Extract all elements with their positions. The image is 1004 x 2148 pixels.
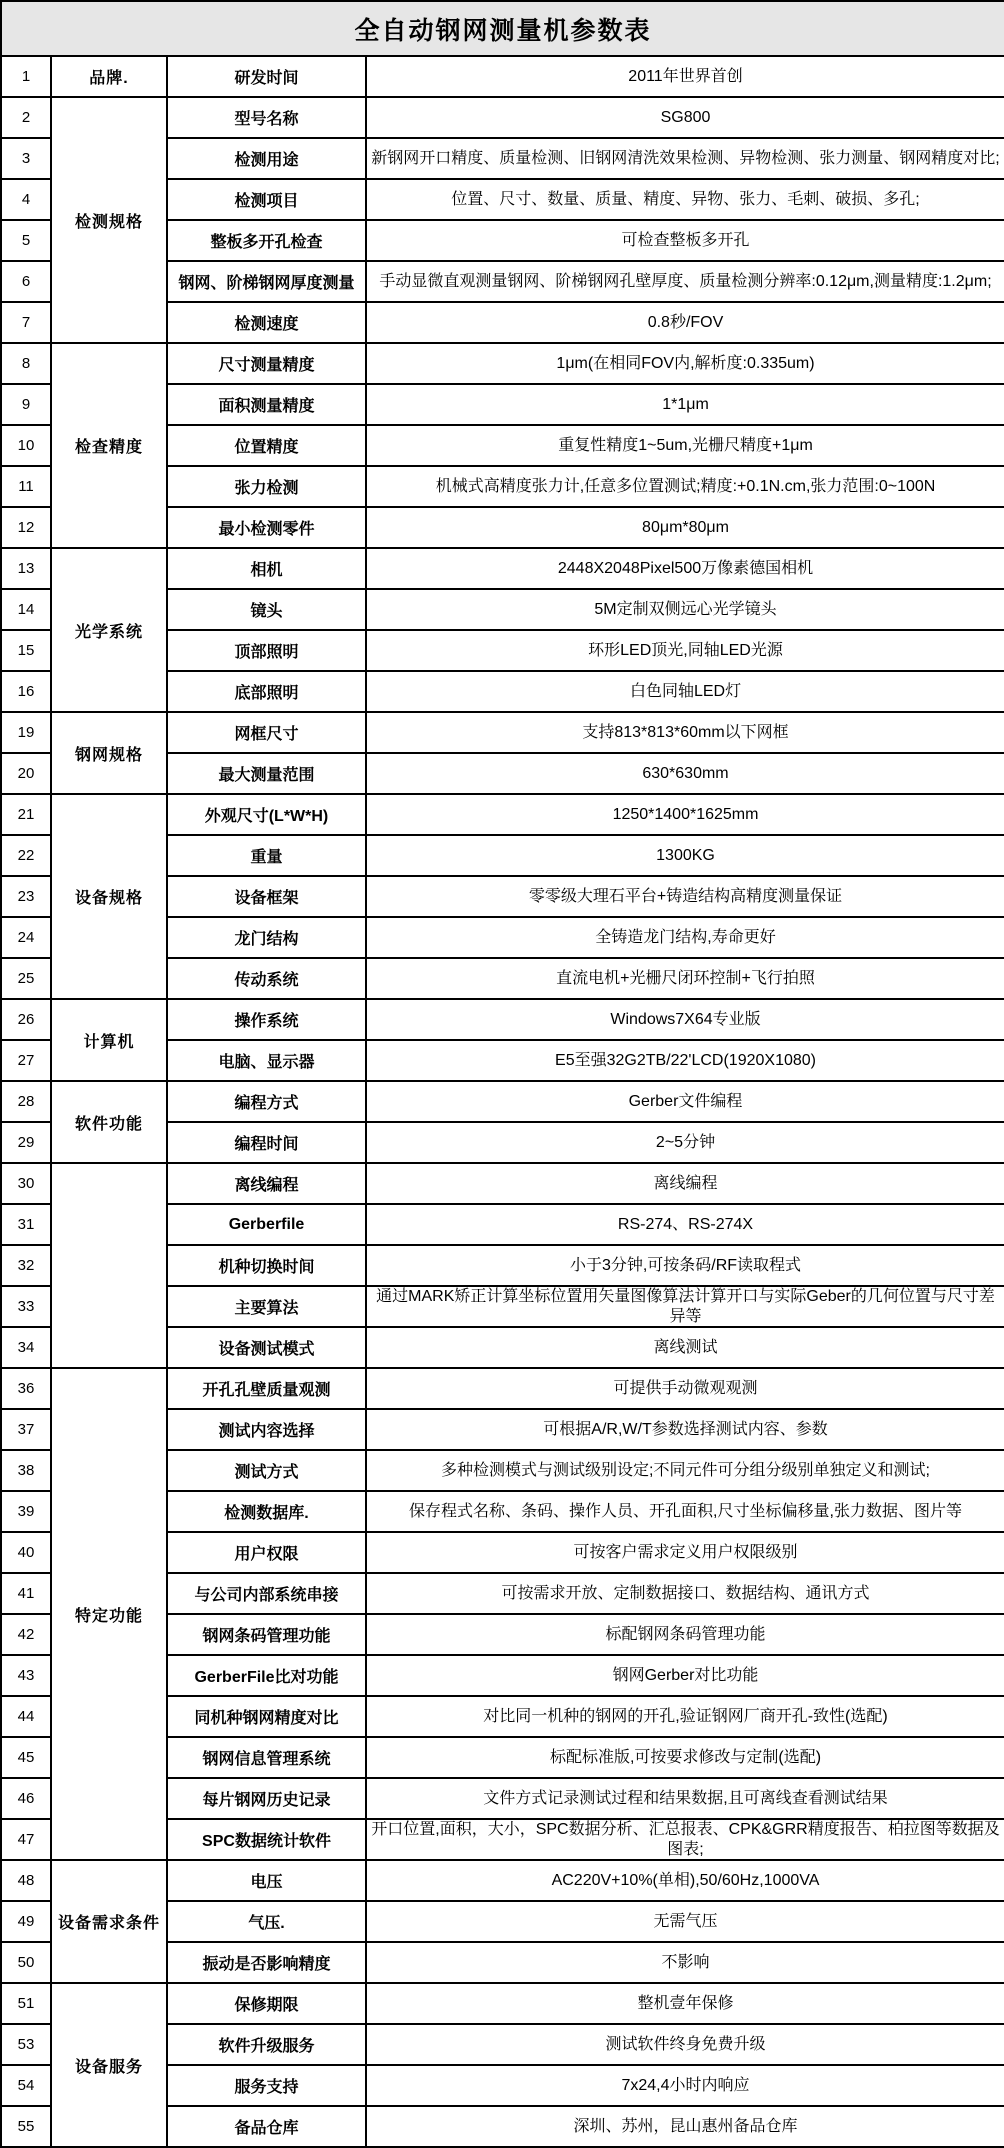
- row-number-cell: 11: [1, 466, 51, 507]
- param-cell: GerberFile比对功能: [167, 1655, 366, 1696]
- value-cell: 标配钢网条码管理功能: [366, 1614, 1004, 1655]
- row-number-cell: 20: [1, 753, 51, 794]
- table-row: 51设备服务保修期限整机壹年保修: [1, 1983, 1004, 2024]
- param-cell: 开孔孔壁质量观测: [167, 1368, 366, 1409]
- value-cell: 630*630mm: [366, 753, 1004, 794]
- group-cell: 检测规格: [51, 97, 167, 343]
- row-number-cell: 37: [1, 1409, 51, 1450]
- title-row: 全自动钢网测量机参数表: [1, 1, 1004, 56]
- group-cell: 品牌.: [51, 56, 167, 97]
- value-cell: 1μm(在相同FOV内,解析度:0.335um): [366, 343, 1004, 384]
- value-cell: 标配标准版,可按要求修改与定制(选配): [366, 1737, 1004, 1778]
- param-cell: 振动是否影响精度: [167, 1942, 366, 1983]
- value-cell: 支持813*813*60mm以下网框: [366, 712, 1004, 753]
- row-number-cell: 43: [1, 1655, 51, 1696]
- row-number-cell: 14: [1, 589, 51, 630]
- table-row: 28软件功能编程方式Gerber文件编程: [1, 1081, 1004, 1122]
- param-cell: 设备测试模式: [167, 1327, 366, 1368]
- value-cell: 可提供手动微观观测: [366, 1368, 1004, 1409]
- value-cell: 2~5分钟: [366, 1122, 1004, 1163]
- value-cell: 开口位置,面积，大小，SPC数据分析、汇总报表、CPK&GRR精度报告、柏拉图等…: [366, 1819, 1004, 1860]
- row-number-cell: 26: [1, 999, 51, 1040]
- group-cell: 光学系统: [51, 548, 167, 712]
- row-number-cell: 53: [1, 2024, 51, 2065]
- row-number-cell: 5: [1, 220, 51, 261]
- param-cell: 传动系统: [167, 958, 366, 999]
- value-cell: 对比同一机种的钢网的开孔,验证钢网厂商开孔-致性(选配): [366, 1696, 1004, 1737]
- row-number-cell: 45: [1, 1737, 51, 1778]
- table-row: 21设备规格外观尺寸(L*W*H)1250*1400*1625mm: [1, 794, 1004, 835]
- param-cell: 型号名称: [167, 97, 366, 138]
- spec-table: 全自动钢网测量机参数表 1品牌.研发时间2011年世界首创2检测规格型号名称SG…: [0, 0, 1004, 2148]
- group-cell: 钢网规格: [51, 712, 167, 794]
- group-cell: 设备服务: [51, 1983, 167, 2147]
- value-cell: 位置、尺寸、数量、质量、精度、异物、张力、毛刺、破损、多孔;: [366, 179, 1004, 220]
- value-cell: 手动显微直观测量钢网、阶梯钢网孔壁厚度、质量检测分辨率:0.12μm,测量精度:…: [366, 261, 1004, 302]
- value-cell: 7x24,4小时内响应: [366, 2065, 1004, 2106]
- row-number-cell: 25: [1, 958, 51, 999]
- param-cell: 检测用途: [167, 138, 366, 179]
- value-cell: 重复性精度1~5um,光栅尺精度+1μm: [366, 425, 1004, 466]
- group-cell: [51, 1163, 167, 1368]
- value-cell: 可按需求开放、定制数据接口、数据结构、通讯方式: [366, 1573, 1004, 1614]
- param-cell: 位置精度: [167, 425, 366, 466]
- value-cell: E5至强32G2TB/22'LCD(1920X1080): [366, 1040, 1004, 1081]
- param-cell: 设备框架: [167, 876, 366, 917]
- param-cell: 龙门结构: [167, 917, 366, 958]
- row-number-cell: 28: [1, 1081, 51, 1122]
- row-number-cell: 39: [1, 1491, 51, 1532]
- row-number-cell: 36: [1, 1368, 51, 1409]
- table-row: 26计算机操作系统Windows7X64专业版: [1, 999, 1004, 1040]
- param-cell: 最大测量范围: [167, 753, 366, 794]
- row-number-cell: 47: [1, 1819, 51, 1860]
- param-cell: 同机种钢网精度对比: [167, 1696, 366, 1737]
- row-number-cell: 16: [1, 671, 51, 712]
- table-row: 8检查精度尺寸测量精度1μm(在相同FOV内,解析度:0.335um): [1, 343, 1004, 384]
- value-cell: 钢网Gerber对比功能: [366, 1655, 1004, 1696]
- param-cell: SPC数据统计软件: [167, 1819, 366, 1860]
- param-cell: 软件升级服务: [167, 2024, 366, 2065]
- row-number-cell: 33: [1, 1286, 51, 1327]
- row-number-cell: 48: [1, 1860, 51, 1901]
- value-cell: 可按客户需求定义用户权限级别: [366, 1532, 1004, 1573]
- value-cell: 不影响: [366, 1942, 1004, 1983]
- table-row: 1品牌.研发时间2011年世界首创: [1, 56, 1004, 97]
- row-number-cell: 40: [1, 1532, 51, 1573]
- row-number-cell: 1: [1, 56, 51, 97]
- row-number-cell: 3: [1, 138, 51, 179]
- param-cell: 检测速度: [167, 302, 366, 343]
- row-number-cell: 23: [1, 876, 51, 917]
- row-number-cell: 31: [1, 1204, 51, 1245]
- value-cell: AC220V+10%(单相),50/60Hz,1000VA: [366, 1860, 1004, 1901]
- param-cell: 电脑、显示器: [167, 1040, 366, 1081]
- value-cell: 整机壹年保修: [366, 1983, 1004, 2024]
- row-number-cell: 49: [1, 1901, 51, 1942]
- value-cell: 0.8秒/FOV: [366, 302, 1004, 343]
- value-cell: 通过MARK矫正计算坐标位置用矢量图像算法计算开口与实际Geber的几何位置与尺…: [366, 1286, 1004, 1327]
- param-cell: 钢网信息管理系统: [167, 1737, 366, 1778]
- table-row: 48设备需求条件电压AC220V+10%(单相),50/60Hz,1000VA: [1, 1860, 1004, 1901]
- param-cell: 钢网、阶梯钢网厚度测量: [167, 261, 366, 302]
- value-cell: SG800: [366, 97, 1004, 138]
- value-cell: 无需气压: [366, 1901, 1004, 1942]
- value-cell: 直流电机+光栅尺闭环控制+飞行拍照: [366, 958, 1004, 999]
- group-cell: 设备需求条件: [51, 1860, 167, 1983]
- param-cell: 编程时间: [167, 1122, 366, 1163]
- value-cell: RS-274、RS-274X: [366, 1204, 1004, 1245]
- table-row: 30离线编程离线编程: [1, 1163, 1004, 1204]
- param-cell: 尺寸测量精度: [167, 343, 366, 384]
- param-cell: Gerberfile: [167, 1204, 366, 1245]
- row-number-cell: 51: [1, 1983, 51, 2024]
- param-cell: 整板多开孔检查: [167, 220, 366, 261]
- row-number-cell: 22: [1, 835, 51, 876]
- row-number-cell: 10: [1, 425, 51, 466]
- param-cell: 顶部照明: [167, 630, 366, 671]
- param-cell: 最小检测零件: [167, 507, 366, 548]
- value-cell: 保存程式名称、条码、操作人员、开孔面积,尺寸坐标偏移量,张力数据、图片等: [366, 1491, 1004, 1532]
- table-row: 2检测规格型号名称SG800: [1, 97, 1004, 138]
- page-title: 全自动钢网测量机参数表: [1, 1, 1004, 56]
- value-cell: 可根据A/R,W/T参数选择测试内容、参数: [366, 1409, 1004, 1450]
- value-cell: 白色同轴LED灯: [366, 671, 1004, 712]
- param-cell: 相机: [167, 548, 366, 589]
- row-number-cell: 44: [1, 1696, 51, 1737]
- param-cell: 服务支持: [167, 2065, 366, 2106]
- row-number-cell: 38: [1, 1450, 51, 1491]
- row-number-cell: 19: [1, 712, 51, 753]
- group-cell: 检查精度: [51, 343, 167, 548]
- value-cell: 文件方式记录测试过程和结果数据,且可离线查看测试结果: [366, 1778, 1004, 1819]
- value-cell: 2448X2048Pixel500万像素德国相机: [366, 548, 1004, 589]
- param-cell: 保修期限: [167, 1983, 366, 2024]
- row-number-cell: 24: [1, 917, 51, 958]
- row-number-cell: 8: [1, 343, 51, 384]
- row-number-cell: 27: [1, 1040, 51, 1081]
- param-cell: 每片钢网历史记录: [167, 1778, 366, 1819]
- param-cell: 底部照明: [167, 671, 366, 712]
- group-cell: 计算机: [51, 999, 167, 1081]
- param-cell: 与公司内部系统串接: [167, 1573, 366, 1614]
- value-cell: 1*1μm: [366, 384, 1004, 425]
- param-cell: 编程方式: [167, 1081, 366, 1122]
- param-cell: 外观尺寸(L*W*H): [167, 794, 366, 835]
- param-cell: 操作系统: [167, 999, 366, 1040]
- table-row: 36特定功能开孔孔壁质量观测可提供手动微观观测: [1, 1368, 1004, 1409]
- value-cell: 离线测试: [366, 1327, 1004, 1368]
- group-cell: 设备规格: [51, 794, 167, 999]
- param-cell: 气压.: [167, 1901, 366, 1942]
- row-number-cell: 15: [1, 630, 51, 671]
- row-number-cell: 6: [1, 261, 51, 302]
- value-cell: 多种检测模式与测试级别设定;不同元件可分组分级别单独定义和测试;: [366, 1450, 1004, 1491]
- value-cell: 1250*1400*1625mm: [366, 794, 1004, 835]
- value-cell: 新钢网开口精度、质量检测、旧钢网清洗效果检测、异物检测、张力测量、钢网精度对比;: [366, 138, 1004, 179]
- row-number-cell: 7: [1, 302, 51, 343]
- value-cell: Gerber文件编程: [366, 1081, 1004, 1122]
- value-cell: 测试软件终身免费升级: [366, 2024, 1004, 2065]
- param-cell: 检测数据库.: [167, 1491, 366, 1532]
- group-cell: 软件功能: [51, 1081, 167, 1163]
- spec-table-body: 1品牌.研发时间2011年世界首创2检测规格型号名称SG8003检测用途新钢网开…: [1, 56, 1004, 2147]
- value-cell: 1300KG: [366, 835, 1004, 876]
- param-cell: 面积测量精度: [167, 384, 366, 425]
- param-cell: 张力检测: [167, 466, 366, 507]
- row-number-cell: 34: [1, 1327, 51, 1368]
- value-cell: 机械式高精度张力计,任意多位置测试;精度:+0.1N.cm,张力范围:0~100…: [366, 466, 1004, 507]
- value-cell: 5M定制双侧远心光学镜头: [366, 589, 1004, 630]
- row-number-cell: 50: [1, 1942, 51, 1983]
- value-cell: 零零级大理石平台+铸造结构高精度测量保证: [366, 876, 1004, 917]
- param-cell: 网框尺寸: [167, 712, 366, 753]
- row-number-cell: 46: [1, 1778, 51, 1819]
- param-cell: 电压: [167, 1860, 366, 1901]
- param-cell: 镜头: [167, 589, 366, 630]
- param-cell: 用户权限: [167, 1532, 366, 1573]
- param-cell: 机种切换时间: [167, 1245, 366, 1286]
- param-cell: 检测项目: [167, 179, 366, 220]
- param-cell: 测试内容选择: [167, 1409, 366, 1450]
- param-cell: 备品仓库: [167, 2106, 366, 2147]
- value-cell: 可检查整板多开孔: [366, 220, 1004, 261]
- value-cell: 环形LED顶光,同轴LED光源: [366, 630, 1004, 671]
- row-number-cell: 2: [1, 97, 51, 138]
- row-number-cell: 9: [1, 384, 51, 425]
- value-cell: 80μm*80μm: [366, 507, 1004, 548]
- value-cell: 小于3分钟,可按条码/RF读取程式: [366, 1245, 1004, 1286]
- group-cell: 特定功能: [51, 1368, 167, 1860]
- value-cell: 全铸造龙门结构,寿命更好: [366, 917, 1004, 958]
- table-row: 13光学系统相机2448X2048Pixel500万像素德国相机: [1, 548, 1004, 589]
- row-number-cell: 29: [1, 1122, 51, 1163]
- param-cell: 钢网条码管理功能: [167, 1614, 366, 1655]
- row-number-cell: 12: [1, 507, 51, 548]
- value-cell: Windows7X64专业版: [366, 999, 1004, 1040]
- row-number-cell: 55: [1, 2106, 51, 2147]
- row-number-cell: 54: [1, 2065, 51, 2106]
- param-cell: 研发时间: [167, 56, 366, 97]
- row-number-cell: 41: [1, 1573, 51, 1614]
- table-row: 19钢网规格网框尺寸支持813*813*60mm以下网框: [1, 712, 1004, 753]
- param-cell: 主要算法: [167, 1286, 366, 1327]
- param-cell: 离线编程: [167, 1163, 366, 1204]
- row-number-cell: 32: [1, 1245, 51, 1286]
- value-cell: 深圳、苏州，昆山惠州备品仓库: [366, 2106, 1004, 2147]
- row-number-cell: 13: [1, 548, 51, 589]
- param-cell: 测试方式: [167, 1450, 366, 1491]
- row-number-cell: 42: [1, 1614, 51, 1655]
- value-cell: 2011年世界首创: [366, 56, 1004, 97]
- row-number-cell: 30: [1, 1163, 51, 1204]
- row-number-cell: 4: [1, 179, 51, 220]
- param-cell: 重量: [167, 835, 366, 876]
- value-cell: 离线编程: [366, 1163, 1004, 1204]
- row-number-cell: 21: [1, 794, 51, 835]
